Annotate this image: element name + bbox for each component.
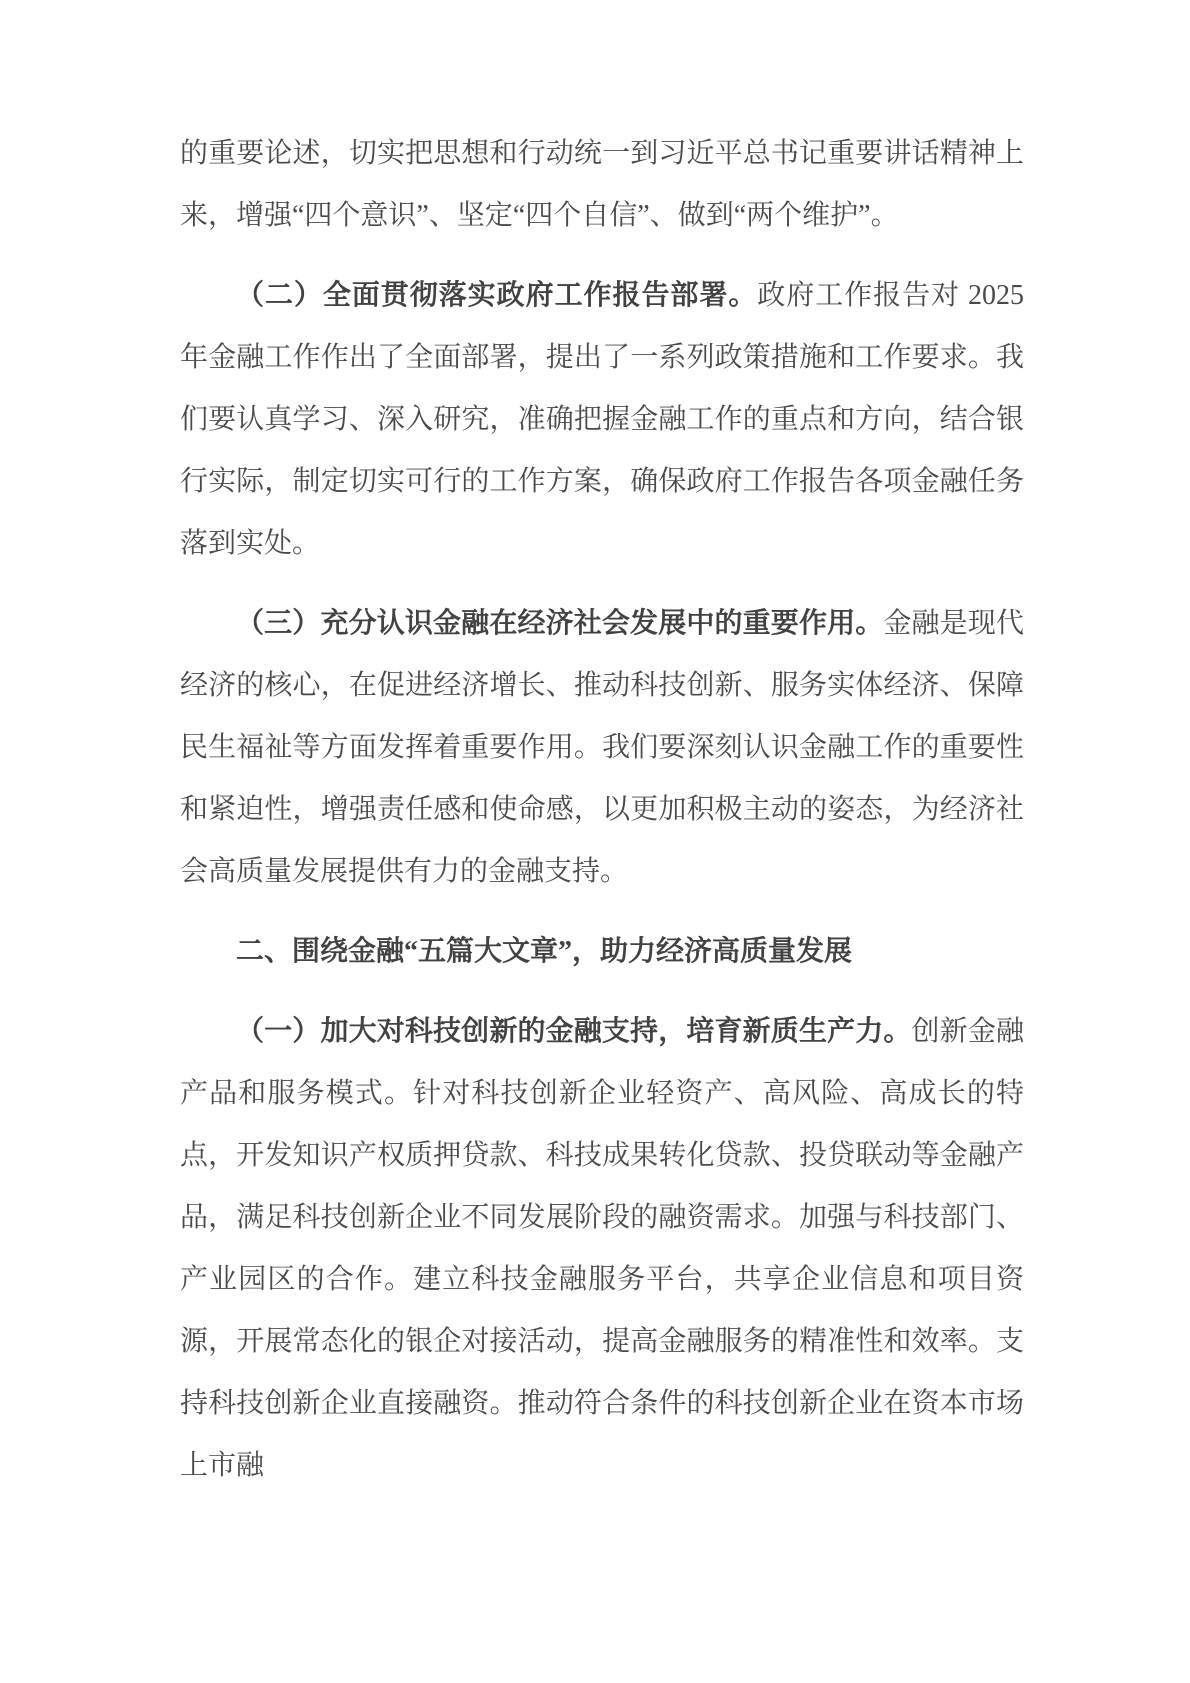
paragraph-lead-bold: （二）全面贯彻落实政府工作报告部署。 (236, 280, 757, 311)
paragraph-section-1-item-3: （三）充分认识金融在经济社会发展中的重要作用。金融是现代经济的核心，在促进经济增… (180, 593, 1024, 903)
paragraph-text: 政府工作报告对 2025 年金融工作作出了全面部署，提出了一系列政策措施和工作要… (180, 280, 1024, 559)
paragraph-text: 金融是现代经济的核心，在促进经济增长、推动科技创新、服务实体经济、保障民生福祉等… (180, 608, 1024, 887)
paragraph-section-1-item-2: （二）全面贯彻落实政府工作报告部署。政府工作报告对 2025 年金融工作作出了全… (180, 265, 1024, 575)
document-page: 的重要论述，切实把思想和行动统一到习近平总书记重要讲话精神上来，增强“四个意识”… (0, 0, 1190, 1683)
paragraph-text: 创新金融产品和服务模式。针对科技创新企业轻资产、高风险、高成长的特点，开发知识产… (180, 1016, 1024, 1481)
paragraph-text: 的重要论述，切实把思想和行动统一到习近平总书记重要讲话精神上来，增强“四个意识”… (180, 138, 1024, 231)
section-2-heading: 二、围绕金融“五篇大文章”，助力经济高质量发展 (180, 921, 1024, 983)
paragraph-lead-bold: （一）加大对科技创新的金融支持，培育新质生产力。 (236, 1016, 912, 1047)
heading-text: 二、围绕金融“五篇大文章”，助力经济高质量发展 (236, 936, 852, 967)
document-body: 的重要论述，切实把思想和行动统一到习近平总书记重要讲话精神上来，增强“四个意识”… (180, 123, 1024, 1497)
paragraph-continuation: 的重要论述，切实把思想和行动统一到习近平总书记重要讲话精神上来，增强“四个意识”… (180, 123, 1024, 247)
paragraph-lead-bold: （三）充分认识金融在经济社会发展中的重要作用。 (236, 608, 883, 639)
paragraph-section-2-item-1: （一）加大对科技创新的金融支持，培育新质生产力。创新金融产品和服务模式。针对科技… (180, 1001, 1024, 1497)
